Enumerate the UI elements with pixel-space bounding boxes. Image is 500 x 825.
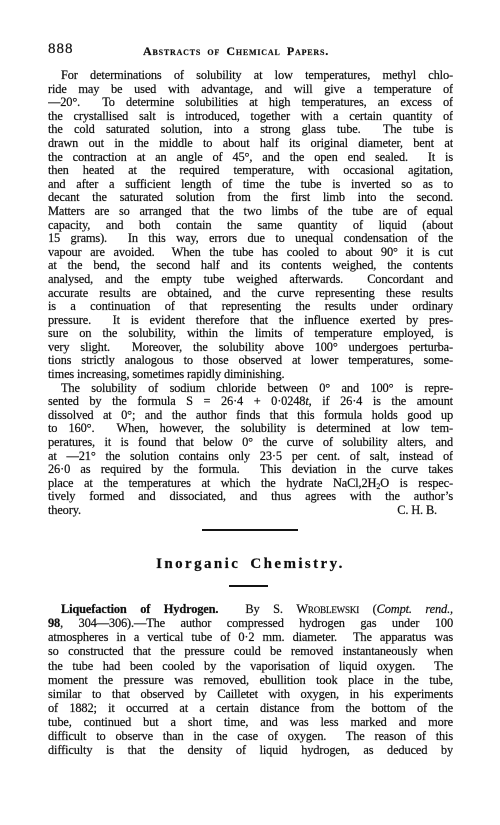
section-title-rule — [229, 585, 268, 587]
running-title: Abstracts of Chemical Papers. — [143, 44, 329, 59]
text-line: is a continuation of that representing t… — [48, 300, 453, 314]
text-line: the crystallised salt is introduced, tog… — [48, 110, 453, 124]
text-line: dissolved at 0°; and the author finds th… — [48, 409, 453, 423]
text-line: place at the temperatures at which the h… — [48, 477, 453, 491]
text-line: theory.C. H. B. — [48, 504, 453, 518]
text-segment: O is respec- — [380, 477, 453, 490]
text-line: 26·0 as required by the formula. This de… — [48, 463, 453, 477]
text-line: the tube had been cooled by the vaporisa… — [48, 659, 453, 673]
text-line: times increasing, sometimes rapidly dimi… — [48, 368, 453, 382]
text-line: —20°. To determine solubilities at high … — [48, 96, 453, 110]
text-segment: ( — [359, 602, 377, 616]
text-line: decant the saturated solution from the f… — [48, 191, 453, 205]
text-line: moment the pressure was removed, ebullit… — [48, 673, 453, 687]
section-title: Inorganic Chemistry. — [48, 556, 453, 573]
text-line: accurate results are obtained, and the c… — [48, 287, 453, 301]
text-line: 15 grams). In this way, errors due to un… — [48, 232, 453, 246]
text-line: at —21° the solution contains only 23·5 … — [48, 450, 453, 464]
text-line: sure on the solubility, within the limit… — [48, 327, 453, 341]
text-line: similar to that observed by Cailletet wi… — [48, 687, 453, 701]
text-line: difficult to observe than in the case of… — [48, 729, 453, 743]
text-segment: Wroblewski — [296, 602, 359, 616]
text-line: tube, continued but a short time, and wa… — [48, 715, 453, 729]
abstract-text: For determinations of solubility at low … — [48, 69, 453, 518]
text-line: For determinations of solubility at low … — [48, 69, 453, 83]
text-line: capacity, and both contain the same quan… — [48, 219, 453, 233]
text-line: The solubility of sodium chloride betwee… — [48, 382, 453, 396]
paragraph-end-text: theory. — [48, 504, 81, 518]
journal-page: 888 Abstracts of Chemical Papers. For de… — [0, 0, 500, 825]
text-segment: place at the temperatures at which the h… — [48, 477, 376, 490]
text-line: of 1882; it occurred at a certain distan… — [48, 701, 453, 715]
section-divider-rule — [202, 529, 298, 531]
text-line: very slight. Moreover, the solubility ab… — [48, 341, 453, 355]
text-line: the contraction at an angle of 45°, and … — [48, 151, 453, 165]
text-line: drawn out in the middle to about half it… — [48, 137, 453, 151]
text-line: atmospheres in a vertical tube of 0·2 mm… — [48, 630, 453, 644]
text-line: difficulty is that the density of liquid… — [48, 743, 453, 757]
text-line: at the bend, the second half and its con… — [48, 259, 453, 273]
text-segment: 98 — [48, 616, 60, 630]
text-line: Matters are so arranged that the two lim… — [48, 205, 453, 219]
text-segment: sented by the formula S = 26·4 + 0·0248 — [48, 395, 305, 408]
text-segment: , 304—306).—The author compressed hydrog… — [60, 616, 453, 630]
text-segment: Liquefaction of Hydrogen. — [61, 602, 218, 616]
text-line: ride may be used with advantage, and wil… — [48, 83, 453, 97]
text-line: Liquefaction of Hydrogen. By S. Wroblews… — [48, 602, 453, 616]
text-line: 98, 304—306).—The author compressed hydr… — [48, 616, 453, 630]
text-segment: By S. — [218, 602, 296, 616]
text-line: peratures, it is found that below 0° the… — [48, 436, 453, 450]
entry-text: Liquefaction of Hydrogen. By S. Wroblews… — [48, 602, 453, 758]
text-line: the cold saturated solution, into a stro… — [48, 123, 453, 137]
text-line: to 160°. When, however, the solubility i… — [48, 422, 453, 436]
text-line: sented by the formula S = 26·4 + 0·0248t… — [48, 395, 453, 409]
text-line: so constructed that the pressure could b… — [48, 644, 453, 658]
text-line: tively formed and dissociated, and thus … — [48, 490, 453, 504]
reviewer-initials: C. H. B. — [397, 504, 453, 518]
page-number: 888 — [48, 41, 74, 58]
text-line: analysed, and the empty tube weighed aft… — [48, 273, 453, 287]
text-line: then heated at the required temperature,… — [48, 164, 453, 178]
text-line: pressure. It is evident therefore that t… — [48, 314, 453, 328]
text-line: tions strictly analogous to those observ… — [48, 354, 453, 368]
text-segment: Compt. rend., — [377, 602, 453, 616]
text-line: and after a sufficient length of time th… — [48, 178, 453, 192]
text-line: vapour are avoided. When the tube has co… — [48, 246, 453, 260]
text-segment: , if 26·4 is the amount — [309, 395, 453, 408]
